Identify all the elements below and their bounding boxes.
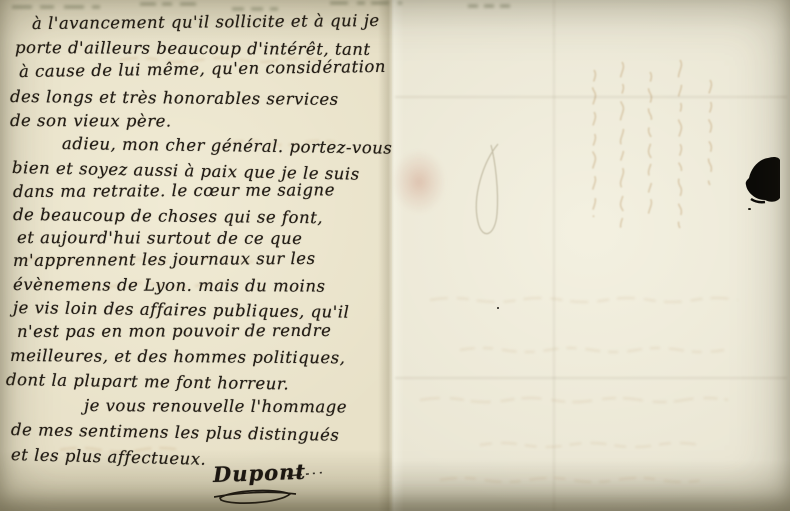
handwritten-line: dans ma retraite. le cœur me saigne bbox=[13, 180, 335, 201]
handwritten-line: de son vieux père. bbox=[10, 111, 172, 131]
handwritten-line: à l'avancement qu'il sollicite et à qui … bbox=[32, 11, 380, 33]
letter-photograph: à l'avancement qu'il sollicite et à qui … bbox=[0, 0, 790, 511]
handwritten-line: meilleures, et des hommes politiques, bbox=[10, 346, 346, 367]
ink-speck bbox=[497, 307, 499, 309]
letter-page-right bbox=[392, 0, 790, 511]
handwritten-line: évènemens de Lyon. mais du moins bbox=[13, 275, 326, 296]
signature-dupont: Dupont bbox=[213, 459, 307, 487]
fold-crease bbox=[395, 377, 787, 379]
ink-speck bbox=[748, 208, 751, 210]
handwritten-line: porte d'ailleurs beaucoup d'intérêt, tan… bbox=[15, 38, 371, 59]
fold-crease bbox=[395, 96, 787, 98]
handwritten-line: des longs et très honorables services bbox=[10, 87, 339, 109]
handwritten-line: n'est pas en mon pouvoir de rendre bbox=[17, 321, 331, 341]
handwritten-line: de beaucoup de choses qui se font, bbox=[13, 205, 323, 227]
handwritten-line: et aujourd'hui surtout de ce que bbox=[17, 228, 302, 248]
fold-crease bbox=[553, 0, 555, 511]
handwritten-line: je vous renouvelle l'hommage bbox=[84, 396, 347, 416]
postal-stamp-smudge bbox=[392, 150, 446, 214]
handwritten-line: m'apprennent les journaux sur les bbox=[13, 249, 316, 270]
